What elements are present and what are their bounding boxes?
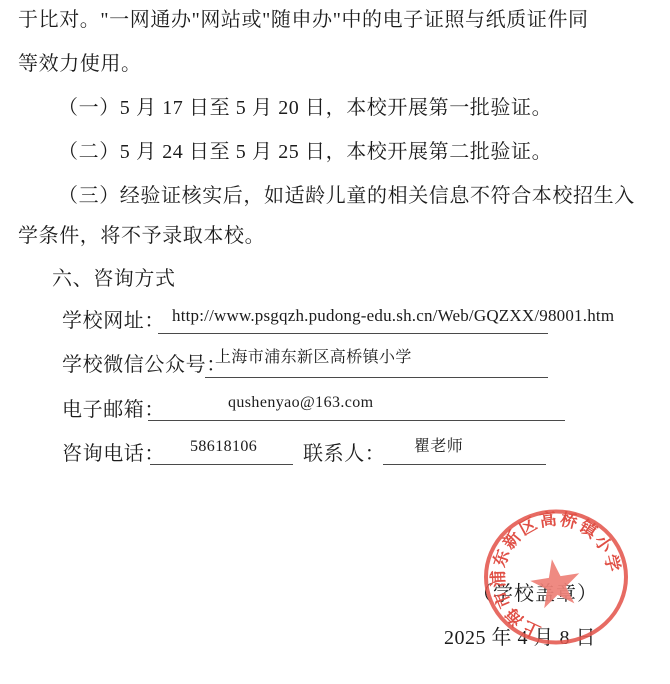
- seal-caption: （学校盖章）: [472, 577, 598, 606]
- website-value: http://www.psgqzh.pudong-edu.sh.cn/Web/G…: [172, 306, 614, 326]
- svg-text:区: 区: [516, 514, 540, 539]
- svg-text:学: 学: [601, 552, 625, 573]
- school-seal-stamp: 上海市浦东新区高桥镇小学: [446, 467, 666, 684]
- list-item-3-line-1: （三）经验证核实后，如适龄儿童的相关信息不符合本校招生入: [58, 184, 635, 208]
- svg-text:小: 小: [590, 531, 617, 557]
- section-heading: 六、咨询方式: [52, 267, 176, 291]
- signature-date: 2025 年 4 月 8 日: [444, 621, 596, 650]
- phone-underline: [150, 464, 293, 465]
- wechat-value: 上海市浦东新区高桥镇小学: [215, 348, 412, 367]
- body-line-1: 于比对。"一网通办"网站或"随申办"中的电子证照与纸质证件同: [18, 8, 589, 32]
- email-value: qushenyao@163.com: [228, 393, 374, 412]
- phone-value: 58618106: [190, 437, 257, 456]
- document-page: 于比对。"一网通办"网站或"随申办"中的电子证照与纸质证件同 等效力使用。 （一…: [0, 0, 670, 684]
- svg-text:东: 东: [489, 547, 513, 570]
- wechat-underline: [205, 377, 548, 378]
- svg-text:高: 高: [538, 508, 558, 530]
- contact-person-label: 联系人：: [303, 442, 385, 466]
- list-item-2: （二）5 月 24 日至 5 月 25 日，本校开展第二批验证。: [58, 140, 552, 164]
- list-item-3-line-2: 学条件，将不予录取本校。: [18, 224, 265, 248]
- contact-person-value: 瞿老师: [414, 437, 463, 456]
- svg-text:镇: 镇: [576, 516, 602, 543]
- email-label: 电子邮箱：: [62, 398, 165, 422]
- website-label: 学校网址：: [62, 309, 165, 333]
- list-item-1: （一）5 月 17 日至 5 月 20 日，本校开展第一批验证。: [58, 96, 552, 120]
- svg-text:桥: 桥: [559, 509, 580, 532]
- website-underline: [158, 333, 548, 334]
- wechat-label: 学校微信公众号：: [62, 353, 227, 377]
- body-line-2: 等效力使用。: [18, 52, 142, 76]
- svg-text:新: 新: [498, 527, 524, 553]
- email-underline: [148, 420, 565, 421]
- phone-label: 咨询电话：: [62, 442, 165, 466]
- contact-person-underline: [383, 464, 546, 465]
